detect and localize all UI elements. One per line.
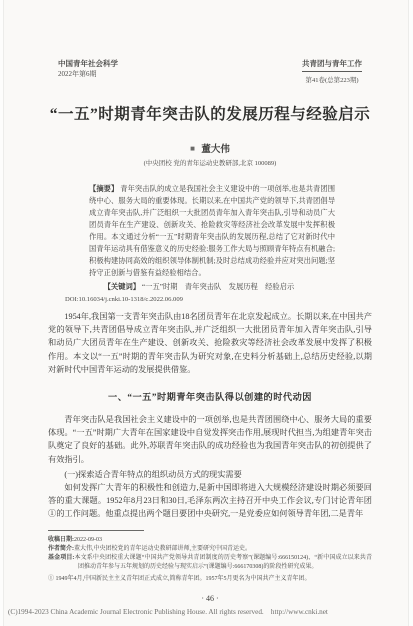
author-line: ■ 董大伟 xyxy=(48,141,372,155)
funding-value: 本文系中央团校重大课题“中国共产党领导共青团制度的历史考察”(课题编号:6661… xyxy=(74,555,372,570)
copyright-text: (C)1994-2023 China Academic Journal Elec… xyxy=(8,608,408,616)
received-label: 收稿日期: xyxy=(48,537,74,543)
volume-info: 第41卷(总第223期) xyxy=(305,77,358,84)
section-name: 共青团与青年工作 xyxy=(302,58,362,72)
subsection-heading: (一)探索适合青年特点的组织动员方式的现实需要 xyxy=(48,468,372,481)
footnote-divider xyxy=(48,530,144,531)
funding-label: 基金项目: xyxy=(48,555,74,561)
scanned-paper-page: 中国青年社会科学 2022年第6期 共青团与青年工作 第41卷(总第223期) … xyxy=(3,0,409,626)
footnote-author-bio: 作者简介:董大伟,中央团校党的青年运动史教研部讲师,主要研究中国青运史。 xyxy=(48,545,372,554)
journal-issue: 2022年第6期 xyxy=(58,69,118,80)
bio-value: 董大伟,中央团校党的青年运动史教研部讲师,主要研究中国青运史。 xyxy=(74,546,251,552)
body-paragraph-3: 如何发挥广大青年的积极性和创造力,是新中国即将进入大规模经济建设时期必须要回答的… xyxy=(48,481,372,521)
author-name: 董大伟 xyxy=(201,145,230,155)
page-header: 中国青年社会科学 2022年第6期 共青团与青年工作 第41卷(总第223期) xyxy=(48,58,372,86)
abstract-text: 青年突击队的成立是我国社会主义建设中的一项创举,也是共青团围绕中心、服务大局的重… xyxy=(89,184,335,277)
keywords-text: “一五”时期 青年突击队 发展历程 经验启示 xyxy=(142,282,294,291)
article-title: “一五”时期青年突击队的发展历程与经验启示 xyxy=(48,102,372,124)
doi-text: DOI:10.16034/j.cnki.10-1318/c.2022.06.00… xyxy=(65,296,372,303)
screenshot-canvas: 中国青年社会科学 2022年第6期 共青团与青年工作 第41卷(总第223期) … xyxy=(0,0,413,626)
abstract-label: 【摘要】 xyxy=(89,184,118,193)
header-right: 共青团与青年工作 第41卷(总第223期) xyxy=(302,58,362,86)
author-square-icon: ■ xyxy=(190,144,195,153)
author-affiliation: (中央团校 党的青年运动史教研部,北京 100089) xyxy=(48,158,372,167)
keywords-label: 【关键词】 xyxy=(104,282,140,291)
body-paragraph-1: 1954年,我国第一支青年突击队由18名团员青年在北京发起成立。长期以来,在中国… xyxy=(48,310,372,376)
footnote-funding: 基金项目:本文系中央团校重大课题“中国共产党领导共青团制度的历史考察”(课题编号… xyxy=(48,554,372,572)
page-number: · 46 · xyxy=(48,594,372,603)
received-value: 2022-09-03 xyxy=(74,537,102,543)
body-paragraph-2: 青年突击队是我国社会主义建设中的一项创举,也是共青团围绕中心、服务大局的重要体现… xyxy=(48,413,372,466)
footnote-received: 收稿日期:2022-09-03 xyxy=(48,536,372,545)
footnote-block: 收稿日期:2022-09-03 作者简介:董大伟,中央团校党的青年运动史教研部讲… xyxy=(48,536,372,585)
journal-name: 中国青年社会科学 xyxy=(58,58,118,69)
keywords-line: 【关键词】 “一五”时期 青年突击队 发展历程 经验启示 xyxy=(89,281,335,293)
section-heading-1: 一、“一五”时期青年突击队得以创建的时代动因 xyxy=(48,389,372,403)
header-left: 中国青年社会科学 2022年第6期 xyxy=(58,58,118,80)
abstract-block: 【摘要】 青年突击队的成立是我国社会主义建设中的一项创举,也是共青团围绕中心、服… xyxy=(89,183,335,279)
footnote-note-1: ① 1949年4月,中国新民主主义青年团正式成立,简称青年团。1957年5月更名… xyxy=(48,575,372,584)
bio-label: 作者简介: xyxy=(48,546,74,552)
